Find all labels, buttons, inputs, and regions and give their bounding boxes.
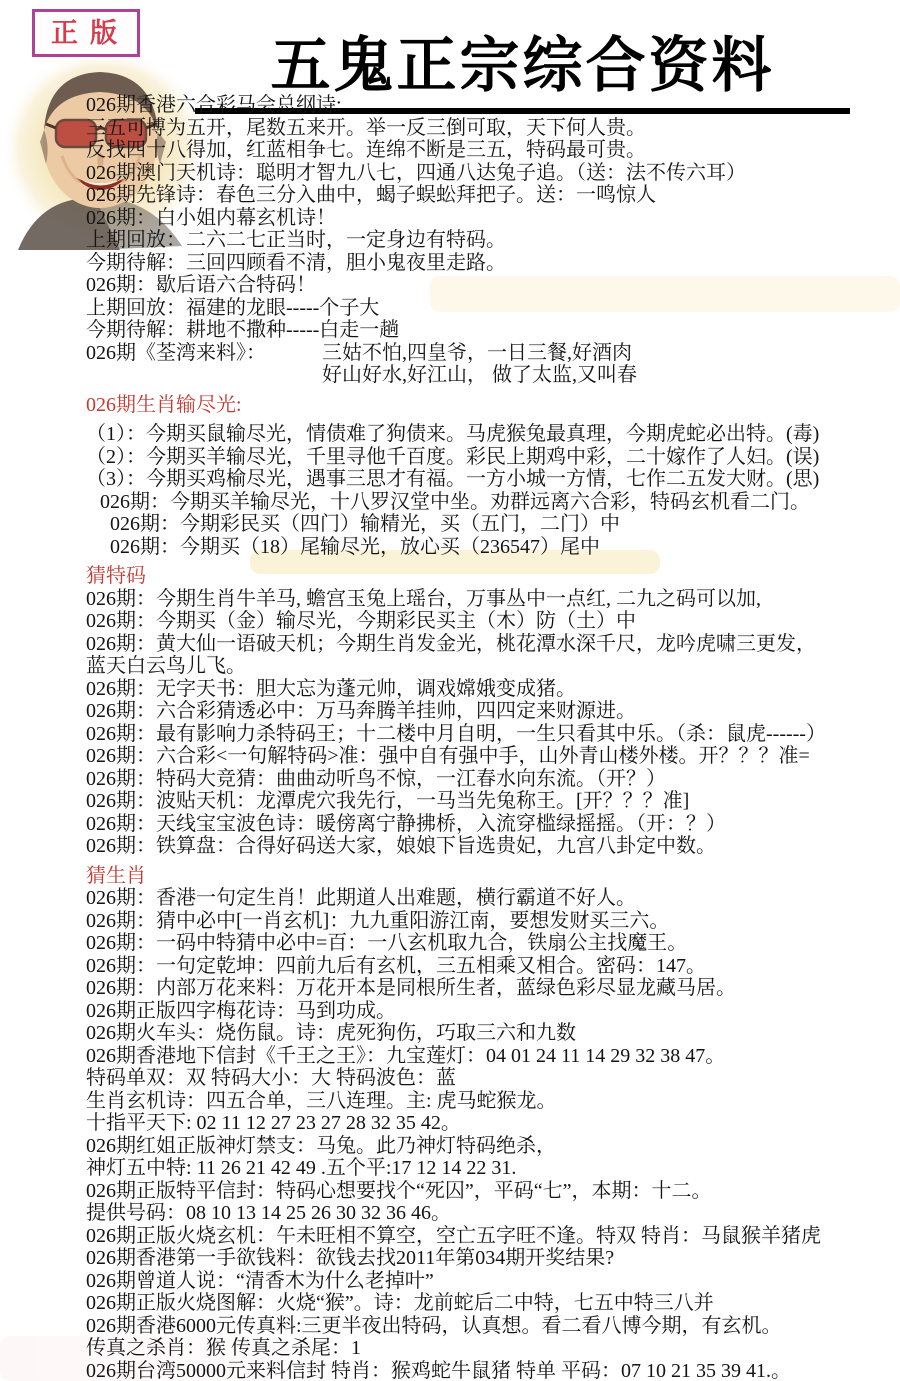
authentic-badge-label: 正版 [51,18,129,48]
text-line: 三五可博为五开，尾数五来开。举一反三倒可取，天下何人贵。 [86,117,896,140]
section-header: 猜特码 [86,565,896,588]
text-line: 026期：香港一句定生肖！此期道人出难题，横行霸道不好人。 [86,887,896,910]
text-line: 今期待解：耕地不撒种-----白走一趟 [86,319,896,342]
text-line: 026期曾道人说：“清香木为什么老掉叶” [86,1270,896,1293]
text-line: 026期香港第一手欲钱料：欲钱去找2011年第034期开奖结果? [86,1247,896,1270]
text-line: 026期：黄大仙一语破天机；今期生肖发金光，桃花潭水深千尺，龙吟虎啸三更发， [86,633,896,656]
flyer-page: 正版 五鬼正宗综合资料 026期香港六合彩马会总纲诗:三五可博为五开，尾数五来开… [0,0,900,1381]
text-line: 反找四十八得加，红蓝相争七。连绵不断是三五，特码最可贵。 [86,139,896,162]
text-line: 026期：今期买（金）输尽光，今期彩民买主（木）防（土）中 [86,610,896,633]
text-line: （2）：今期买羊输尽光，千里寻他千百度。彩民上期鸡中彩，二十嫁作了人妇。(误) [86,446,896,469]
text-line: 蓝天白云鸟儿飞。 [86,655,896,678]
text-line: 026期先锋诗：春色三分入曲中，蝎子蜈蚣拜把子。送：一鸣惊人 [86,184,896,207]
line-label: 026期《荃湾来料》： [86,342,266,365]
text-line: 026期：最有影响力杀特码王；十二楼中月自明，一生只看其中乐。（杀：鼠虎----… [86,723,896,746]
text-line: 特码单双：双 特码大小：大 特码波色：蓝 [86,1067,896,1090]
text-line: 026期：波贴天机：龙潭虎穴我先行，一马当先兔称王。[开？？？准] [86,790,896,813]
text-line: （1）：今期买鼠输尽光，情债难了狗债来。马虎猴兔最真理，今期虎蛇必出特。(毒) [86,423,896,446]
text-line: 026期：六合彩<一句解特码>准：强中自有强中手，山外青山楼外楼。开？？？准= [86,745,896,768]
text-line: 026期台湾50000元来料信封 特肖：猴鸡蛇牛鼠猪 特单 平码：07 10 2… [86,1360,896,1381]
text-line: 神灯五中特: 11 26 21 42 49 .五个平:17 12 14 22 3… [86,1157,896,1180]
text-line: 三姑不怕,四皇爷，一日三餐,好酒肉 [322,342,637,365]
text-line: 026期：歇后语六合特码！ [86,274,896,297]
section-header: 026期生肖输尽光: [86,394,896,417]
text-line: 026期正版特平信封：特码心想要找个“死囚”，平码“七”，本期：十二。 [86,1180,896,1203]
text-line: 026期火车头：烧伤鼠。诗：虎死狗伤，巧取三六和九数 [86,1022,896,1045]
text-line: 026期：今期生肖牛羊马, 蟾宫玉兔上瑶台，万事丛中一点红, 二九之码可以加, [86,588,896,611]
text-line: 十指平天下: 02 11 12 27 23 27 28 32 35 42。 [86,1112,896,1135]
text-line: 026期正版火烧玄机：午未旺相不算空，空亡五字旺不逢。特双 特肖：马鼠猴羊猪虎 [86,1225,896,1248]
text-line: 026期：今期买（18）尾输尽光，放心买（236547）尾中 [86,536,896,559]
text-line: 026期澳门天机诗：聪明才智九八七，四通八达兔子追。（送：法不传六耳） [86,162,896,185]
text-line: 026期：一句定乾坤：四前九后有玄机，三五相乘又相合。密码：147。 [86,955,896,978]
text-line: 026期：白小姐内幕玄机诗！ [86,207,896,230]
text-line: 传真之杀肖：猴 传真之杀尾：1 [86,1337,896,1360]
text-line: 生肖玄机诗：四五合单，三八连理。主: 虎马蛇猴龙。 [86,1090,896,1113]
content-lines: 026期香港六合彩马会总纲诗:三五可博为五开，尾数五来开。举一反三倒可取，天下何… [86,94,896,1381]
text-line: 026期正版四字梅花诗：马到功成。 [86,1000,896,1023]
text-line: 026期：无字天书：胆大忘为蓬元帅，调戏嫦娥变成猪。 [86,678,896,701]
text-line: 026期香港六合彩马会总纲诗: [86,94,896,117]
text-line: 026期正版火烧图解：火烧“猴”。诗：龙前蛇后二中特，七五中特三八并 [86,1292,896,1315]
two-column-line: 026期《荃湾来料》：三姑不怕,四皇爷，一日三餐,好酒肉好山好水,好江山， 做了… [86,342,896,387]
text-line: 026期红姐正版神灯禁支：马兔。此乃神灯特码绝杀， [86,1135,896,1158]
text-line: 提供号码：08 10 13 14 25 26 30 32 36 46。 [86,1202,896,1225]
text-line: 026期：今期彩民买（四门）输精光，买（五门，二门）中 [86,513,896,536]
text-line: 026期：天线宝宝波色诗：暖傍离宁静拂桥，入流穿槛绿摇摇。（开：？） [86,813,896,836]
text-line: （3）：今期买鸡榆尽光，遇事三思才有福。一方小城一方情，七作二五发大财。(思) [86,468,896,491]
text-line: 026期：一码中特猜中必中=百：一八玄机取九合，铁扇公主找魔王。 [86,932,896,955]
text-line: 026期：铁算盘：合得好码送大家，娘娘下旨选贵妃，九宫八卦定中数。 [86,835,896,858]
text-line: 今期待解：三回四顾看不清，胆小鬼夜里走路。 [86,252,896,275]
text-line: 上期回放：福建的龙眼-----个子大 [86,297,896,320]
text-line: 026期：特码大竞猜：曲曲动听鸟不惊，一江春水向东流。（开？） [86,768,896,791]
text-line: 026期：今期买羊输尽光，十八罗汉堂中坐。劝群远离六合彩，特码玄机看二门。 [86,491,896,514]
line-column: 三姑不怕,四皇爷，一日三餐,好酒肉好山好水,好江山， 做了太监,又叫春 [322,342,637,387]
text-line: 好山好水,好江山， 做了太监,又叫春 [322,364,637,387]
section-header: 猜生肖 [86,865,896,888]
text-line: 026期香港地下信封《千王之王》：九宝莲灯：04 01 24 11 14 29 … [86,1045,896,1068]
text-line: 026期香港6000元传真料:三更半夜出特码，认真想。看二看八博今期，有玄机。 [86,1315,896,1338]
text-line: 上期回放：二六二七正当时，一定身边有特码。 [86,229,896,252]
text-line: 026期：六合彩猜透必中：万马奔腾羊挂帅，四四定来财源进。 [86,700,896,723]
text-line: 026期：内部万花来料：万花开本是同根所生者，蓝绿色彩尽显龙藏马居。 [86,977,896,1000]
text-line: 026期：猜中必中[一肖玄机]：九九重阳游江南，要想发财买三六。 [86,910,896,933]
authentic-badge: 正版 [32,9,140,57]
